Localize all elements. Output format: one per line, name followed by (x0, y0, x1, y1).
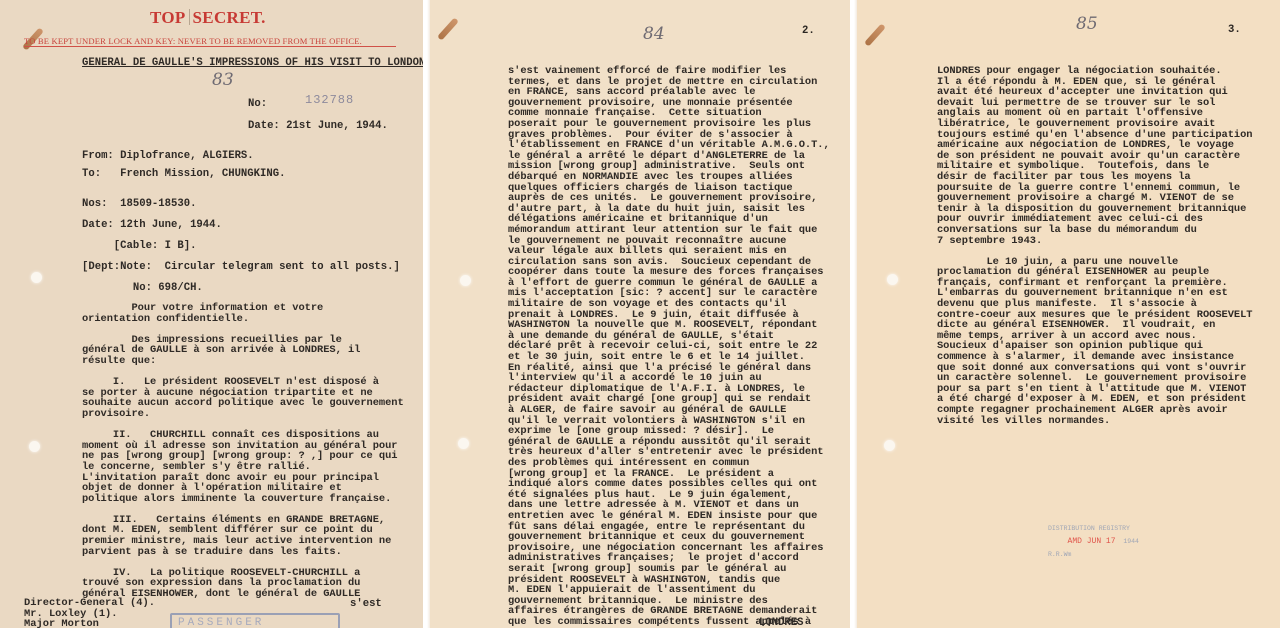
telegram-date-line: Date: 12th June, 1944. (82, 219, 222, 231)
paperclip-stain-icon (864, 23, 886, 46)
registry-stamp: DISTRIBUTION REGISTRY AMD JUN 17 1944 R.… (1048, 522, 1139, 561)
telegram-body-page-2: s'est vainement efforcé de faire modifie… (508, 66, 830, 627)
document-page-1: TOPSECRET. TO BE KEPT UNDER LOCK AND KEY… (0, 0, 423, 628)
punch-hole (884, 440, 895, 451)
cable-line: [Cable: I B]. (82, 240, 196, 252)
telegram-body-page-1: Pour votre information et votre orientat… (82, 303, 404, 600)
punch-hole (887, 274, 898, 285)
from-line: From: Diplofrance, ALGIERS. (82, 150, 254, 162)
page-number: 3. (1228, 24, 1241, 36)
document-page-2: 84 2. s'est vainement efforcé de faire m… (427, 0, 850, 628)
to-line: To: French Mission, CHUNGKING. (82, 168, 285, 180)
paperclip-stain-icon (437, 17, 459, 40)
folio-number: 85 (1076, 14, 1098, 34)
classification-heading: TOPSECRET. (150, 8, 266, 28)
punch-hole (29, 441, 40, 452)
document-title: GENERAL DE GAULLE'S IMPRESSIONS OF HIS V… (82, 57, 423, 69)
nos-line: Nos: 18509-18530. (82, 198, 196, 210)
folio-number: 84 (643, 24, 665, 44)
divider (189, 9, 190, 25)
dept-note: [Dept:Note: Circular telegram sent to al… (82, 261, 400, 273)
handling-warning: TO BE KEPT UNDER LOCK AND KEY: NEVER TO … (24, 36, 396, 47)
page-number: 2. (802, 25, 815, 37)
date-line: Date: 21st June, 1944. (248, 120, 388, 132)
registry-stamp-line-1: DISTRIBUTION REGISTRY (1048, 525, 1130, 532)
no-label: No: (248, 98, 267, 110)
continuation-word: s'est (350, 598, 382, 610)
page-edge (427, 0, 430, 628)
punch-hole (31, 272, 42, 283)
registry-stamp-year: 1944 (1123, 538, 1139, 545)
punch-hole (458, 438, 469, 449)
reference-number: 132788 (305, 93, 354, 107)
distribution-list: Director-General (4). Mr. Loxley (1). Ma… (24, 598, 155, 628)
telegram-body-page-3: LONDRES pour engager la négociation souh… (937, 66, 1252, 426)
punch-hole (460, 275, 471, 286)
received-stamp: PASSENGER (170, 613, 340, 628)
classification-secret: SECRET. (193, 8, 266, 27)
continuation-word: LONDRES (759, 617, 804, 628)
message-number: No: 698/CH. (82, 282, 203, 294)
classification-top: TOP (150, 8, 186, 27)
folio-number: 83 (212, 70, 234, 90)
registry-stamp-line-3: R.R.Wm (1048, 551, 1071, 558)
page-edge (854, 0, 857, 628)
registry-stamp-date: AMD JUN 17 (1068, 537, 1116, 546)
